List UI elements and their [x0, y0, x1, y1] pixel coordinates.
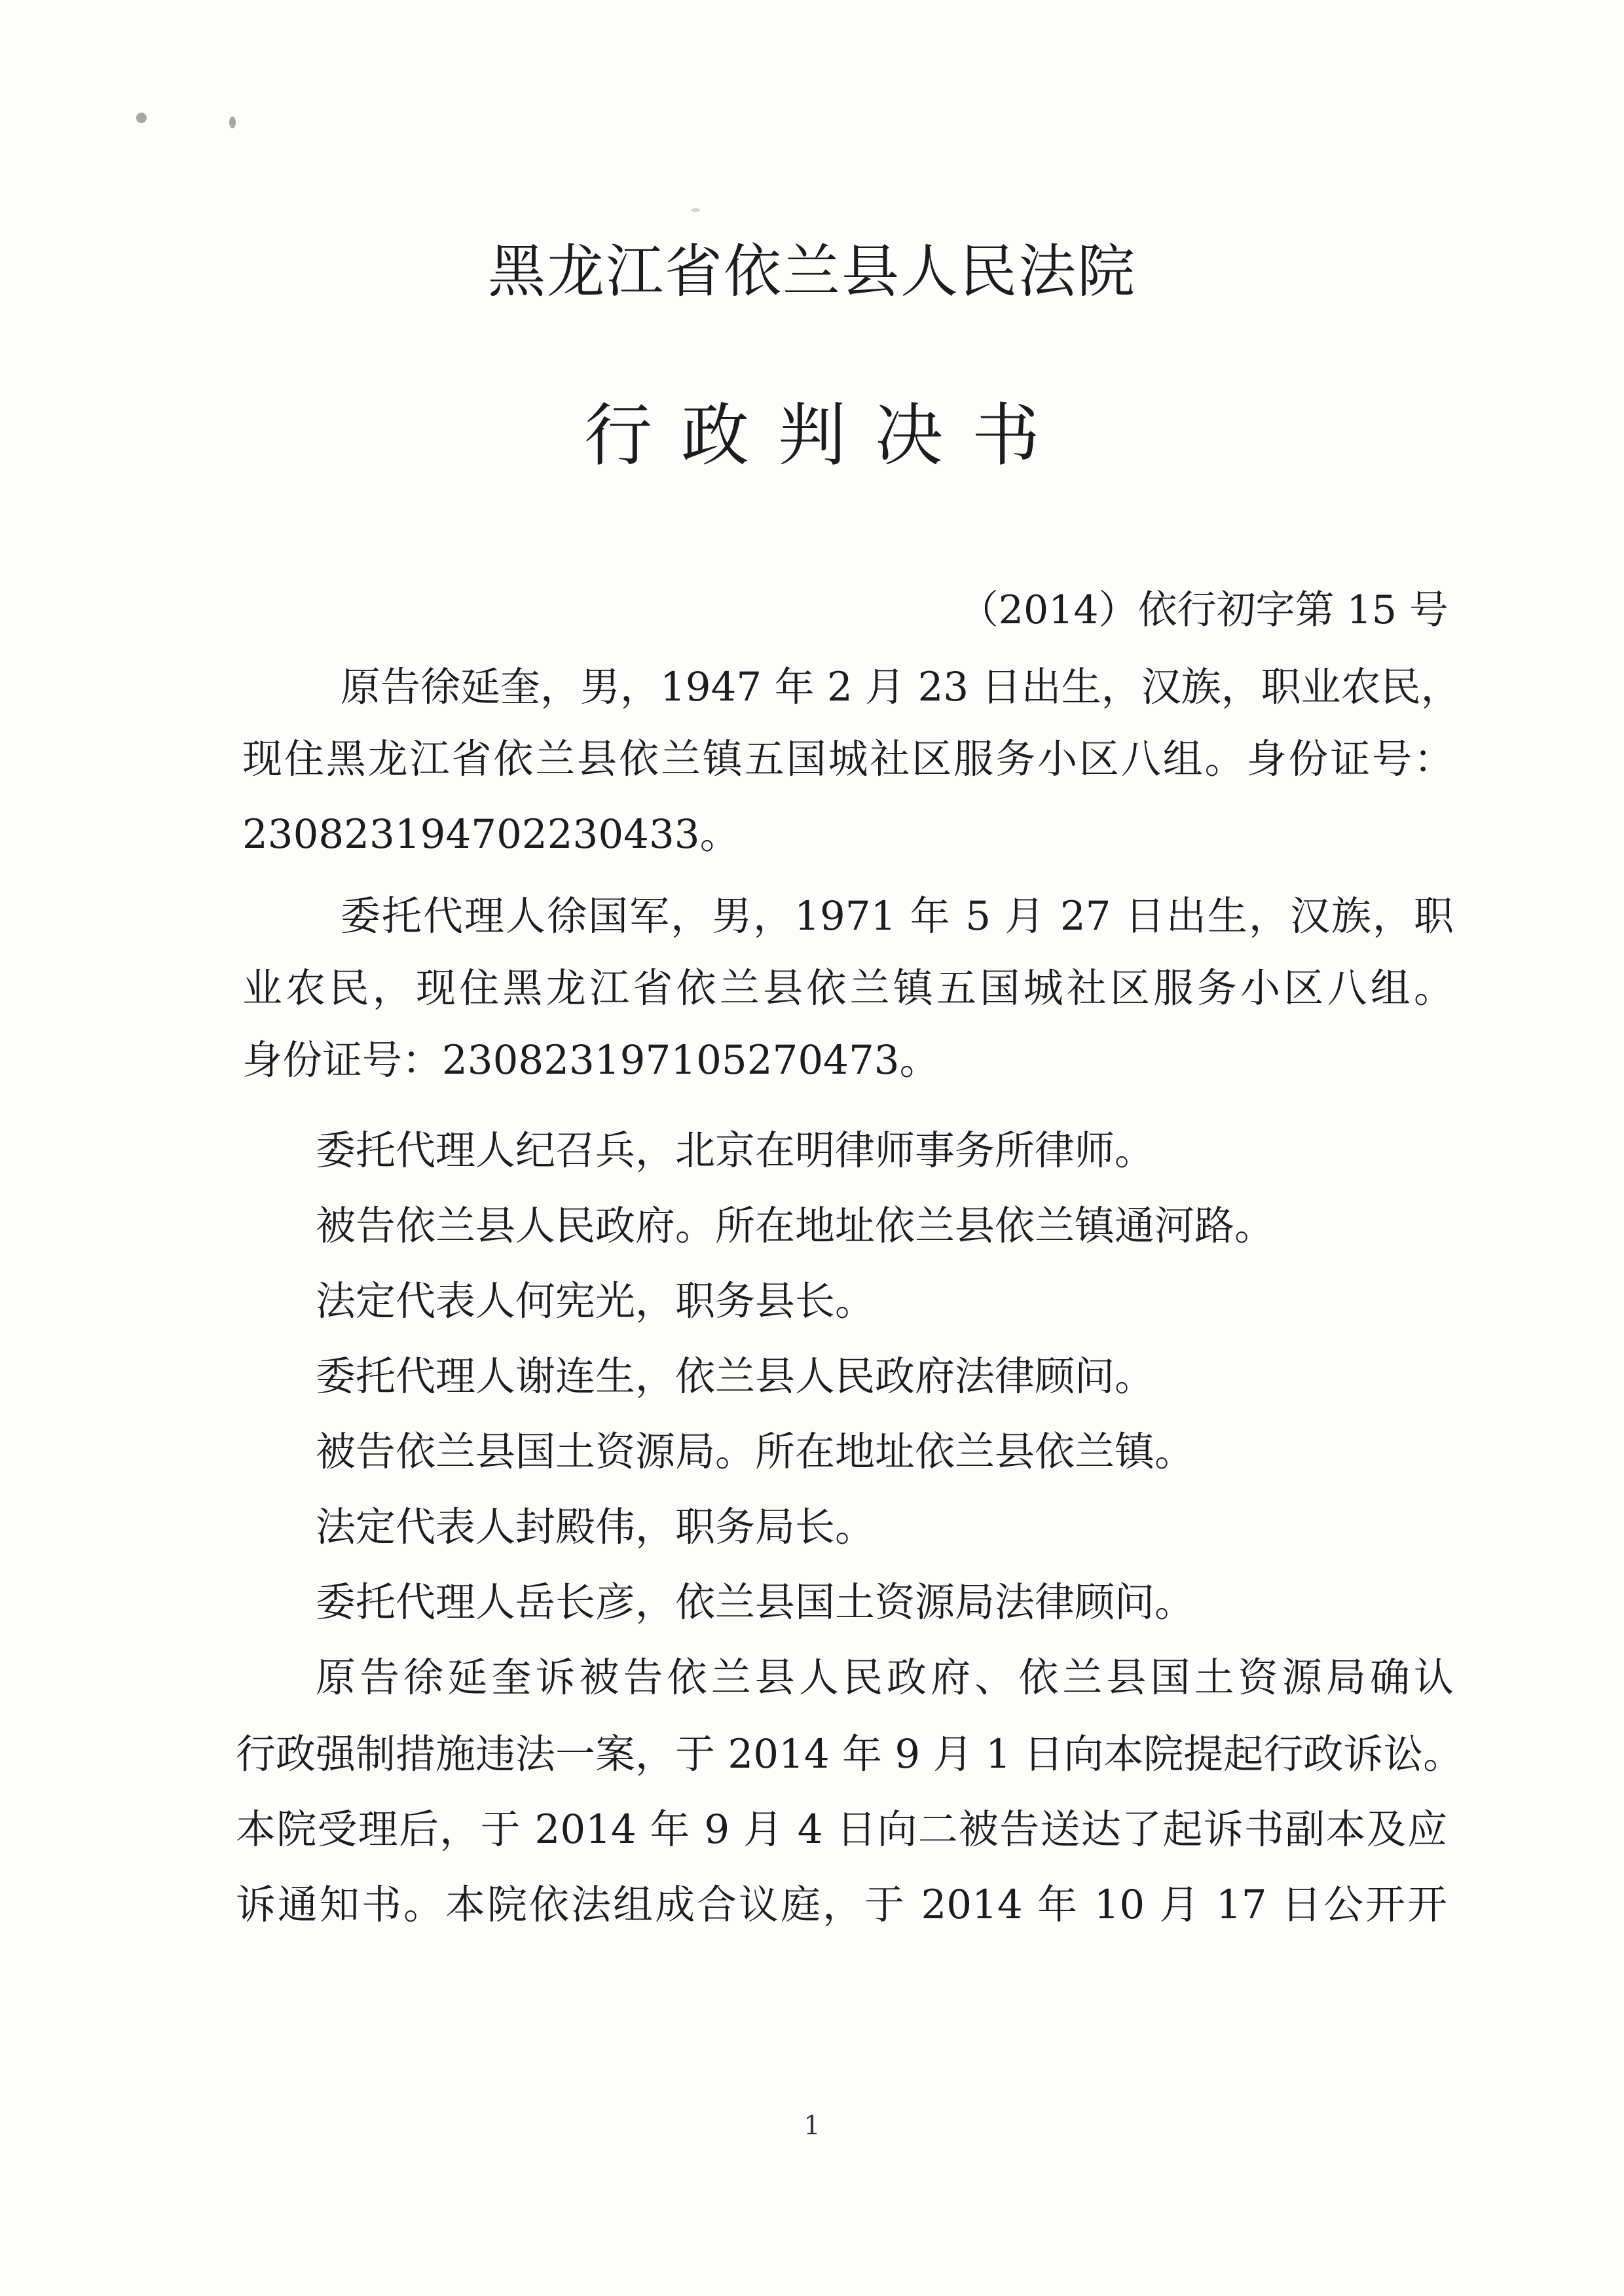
page-number: 1: [0, 2109, 1624, 2142]
scan-speck: [691, 208, 700, 212]
case-number: （2014）依行初字第 15 号: [959, 584, 1449, 636]
body-line: 诉通知书。本院依法组成合议庭，于 2014 年 10 月 17 日公开开: [236, 1879, 1447, 1931]
body-line: 被告依兰县人民政府。所在地址依兰县依兰镇通河路。: [242, 1200, 1274, 1252]
title-char: 政: [681, 393, 749, 478]
court-name: 黑龙江省依兰县人民法院: [0, 236, 1624, 308]
scan-speck: [229, 117, 236, 128]
body-line: 法定代表人何宪光，职务县长。: [242, 1275, 875, 1328]
body-line: 行政强制措施违法一案，于 2014 年 9 月 1 日向本院提起行政诉讼。: [236, 1728, 1447, 1781]
body-line: 现住黑龙江省依兰县依兰镇五国城社区服务小区八组。身份证号：: [242, 733, 1454, 786]
title-char: 决: [875, 393, 943, 478]
document-title: 行政判决书: [0, 393, 1624, 478]
title-char: 判: [778, 393, 846, 478]
body-line: 身份证号：230823197105270473。: [242, 1034, 940, 1087]
body-line: 业农民，现住黑龙江省依兰县依兰镇五国城社区服务小区八组。: [242, 962, 1454, 1015]
body-line: 委托代理人谢连生，依兰县人民政府法律顾问。: [242, 1351, 1154, 1403]
scan-speck: [136, 113, 147, 123]
body-line: 原告徐延奎诉被告依兰县人民政府、依兰县国土资源局确认: [242, 1652, 1454, 1704]
body-line: 230823194702230433。: [242, 809, 740, 861]
body-line: 被告依兰县国土资源局。所在地址依兰县依兰镇。: [242, 1426, 1194, 1478]
title-char: 行: [584, 393, 652, 478]
title-char: 书: [972, 393, 1040, 478]
body-line: 委托代理人纪召兵，北京在明律师事务所律师。: [242, 1125, 1154, 1177]
body-line: 法定代表人封殿伟，职务局长。: [242, 1501, 875, 1554]
body-line: 委托代理人岳长彦，依兰县国土资源局法律顾问。: [242, 1576, 1194, 1629]
body-line: 原告徐延奎，男，1947 年 2 月 23 日出生，汉族，职业农民，: [242, 661, 1454, 714]
body-line: 本院受理后，于 2014 年 9 月 4 日向二被告送达了起诉书副本及应: [236, 1804, 1447, 1856]
body-line: 委托代理人徐国军，男，1971 年 5 月 27 日出生，汉族，职: [242, 890, 1454, 943]
